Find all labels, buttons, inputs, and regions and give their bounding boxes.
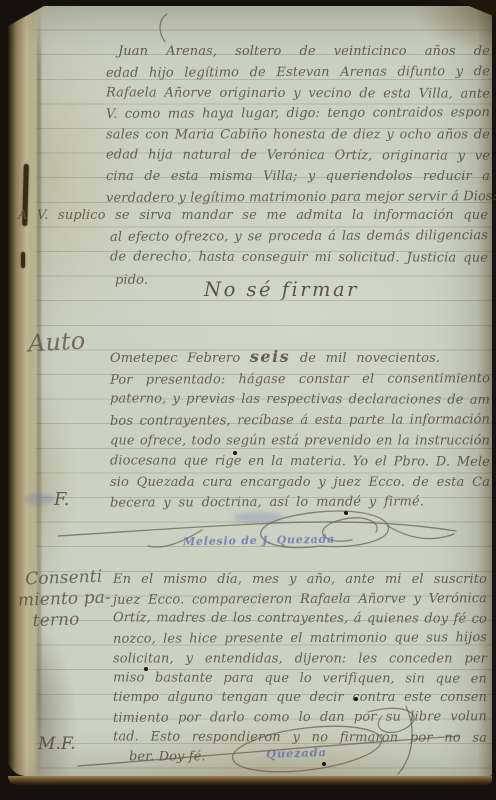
manuscript-line: que ofrece, todo según está prevenido en… [110, 432, 490, 453]
manuscript-line: edad hija natural de Verónica Ortíz, ori… [106, 145, 490, 167]
cannot-sign-note: No sé firmar [204, 278, 359, 301]
quezada-stamp: Quezada [266, 745, 327, 761]
date-year: de mil novecientos. [300, 351, 440, 366]
binding-crease [37, 6, 41, 776]
manuscript-line: bos contrayentes, recíbase á esta parte … [110, 410, 490, 432]
manuscript-line: Por presentado: hágase constar el consen… [110, 369, 490, 391]
manuscript-line: En el mismo día, mes y año, ante mi el s… [113, 570, 487, 590]
manuscript-line: Ortíz, madres de los contrayentes, á qui… [113, 609, 487, 630]
ink-spot [344, 511, 348, 515]
margin-note-auto: Auto [27, 327, 86, 358]
page-corner-shadow [8, 6, 44, 26]
ink-spot [233, 451, 237, 455]
manuscript-line: miento pa- [18, 587, 111, 611]
manuscript-line: miso bastante para que lo verifiquen, si… [113, 668, 487, 689]
manuscript-line: solicitan, y entendidas, dijeron: les co… [113, 649, 487, 669]
manuscript-line: A V. suplico se sirva mandar se me admit… [18, 205, 488, 226]
ink-spot [144, 667, 148, 671]
manuscript-line: Rafaela Añorve originario y vecino de es… [106, 83, 490, 105]
margin-note-consent: Consenti miento pa- terno [17, 566, 112, 632]
manuscript-line: nozco, les hice presente el matrimonio q… [113, 628, 487, 649]
manuscript-line: diocesana que rige en la materia. Yo el … [110, 451, 490, 473]
ink-spot [354, 697, 358, 701]
stamp-ink-smudge [24, 493, 54, 505]
manuscript-line: Consenti [25, 566, 110, 590]
signature-flourish-bottom [72, 700, 468, 778]
page-corner-shadow [454, 0, 496, 17]
book-binding-gutter [8, 6, 39, 776]
manuscript-line: al efecto ofrezco, y se proceda á las de… [110, 225, 488, 248]
manuscript-line: V. como mas haya lugar, digo: tengo cont… [106, 104, 490, 126]
date-day-word: seis [250, 347, 290, 366]
manuscript-line: edad hijo legítimo de Estevan Arenas dif… [106, 62, 490, 84]
manuscript-line: paterno, y previas las respectivas decla… [110, 390, 490, 412]
manuscript-line: de derecho, hasta conseguir mi solicitud… [110, 247, 488, 270]
petition-body-paragraph: Juan Arenas, soltero de veinticinco años… [106, 42, 490, 208]
manuscript-line: sales con Maria Cabiño honesta de diez y… [106, 126, 490, 147]
manuscript-line: Juan Arenas, soltero de veinticinco años… [118, 42, 490, 63]
manuscript-line: cina de esta misma Villa; y queriendolos… [106, 167, 490, 188]
manuscript-line: sio Quezada cura encargado y juez Ecco. … [110, 473, 490, 494]
manuscript-photo: Juan Arenas, soltero de veinticinco años… [0, 0, 496, 800]
manuscript-line: terno [32, 608, 111, 632]
date-place: Ometepec Febrero [110, 351, 240, 366]
priest-name-stamp: Melesio de J. Quezada [183, 533, 335, 549]
stamp-ink-smudge [233, 512, 283, 523]
ink-spot [322, 762, 326, 766]
manuscript-line: juez Ecco. comparecieron Rafaela Añorve … [113, 589, 487, 610]
auto-decree-paragraph: Ometepec Febrero seis de mil novecientos… [110, 347, 490, 514]
margin-note-mf: M.F. [38, 734, 76, 754]
pen-flourish [150, 12, 172, 44]
manuscript-dateline: Ometepec Febrero seis de mil novecientos… [110, 347, 440, 370]
